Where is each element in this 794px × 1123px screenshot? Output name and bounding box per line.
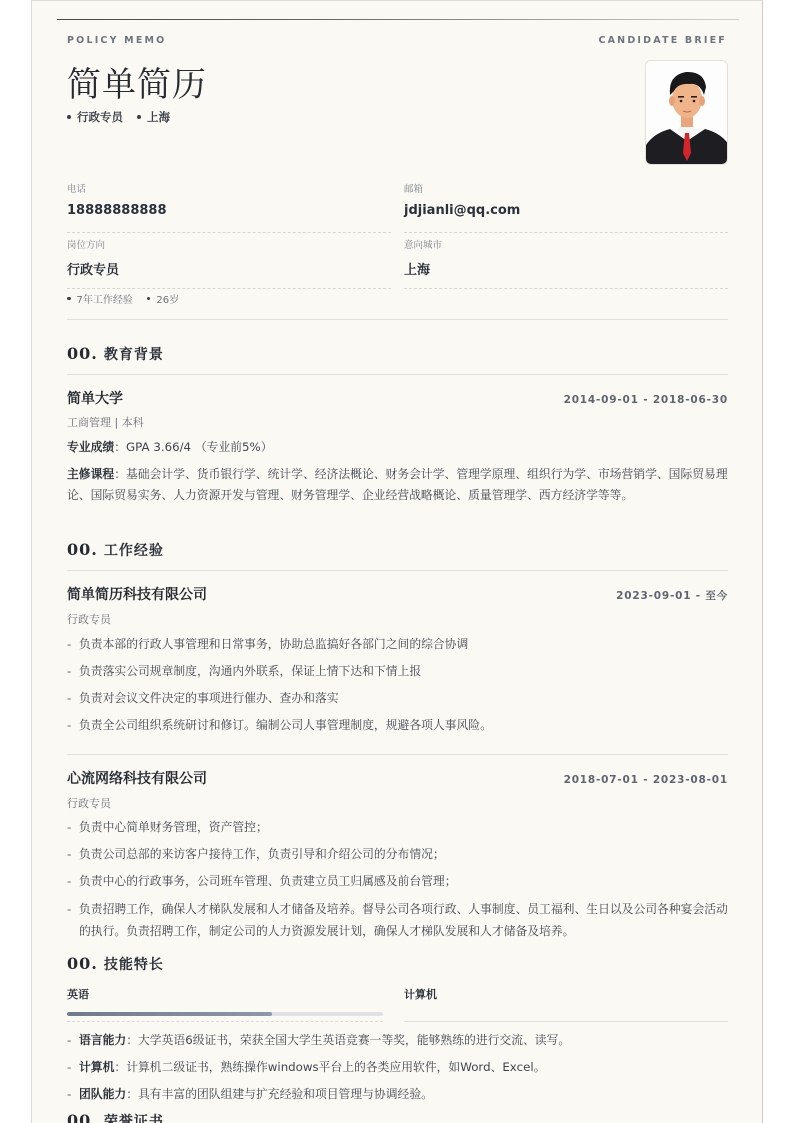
- city-field: 意向城市 上海: [404, 233, 728, 289]
- education-gpa: 专业成绩：GPA 3.66/4 （专业前5%）: [67, 437, 731, 457]
- list-item: 负责本部的行政人事管理和日常事务，协助总监搞好各部门之间的综合协调: [67, 634, 731, 654]
- skill-computer: 计算机: [404, 986, 728, 1022]
- top-rule: [57, 19, 739, 20]
- divider: [67, 319, 728, 320]
- list-item: 负责对会议文件决定的事项进行催办、查办和落实: [67, 688, 731, 708]
- divider: [404, 1021, 728, 1022]
- bullet-dot-icon: [137, 115, 141, 119]
- list-item: 语言能力：大学英语6级证书，荣获全国大学生英语竞赛一等奖，能够熟练的进行交流、读…: [67, 1030, 731, 1050]
- meta-experience: 7年工作经验: [67, 291, 133, 306]
- skills-grid: 英语 计算机: [67, 986, 728, 1022]
- kicker-right: CANDIDATE BRIEF: [598, 35, 727, 46]
- section-honors: 00. 荣誉证书: [67, 1111, 164, 1123]
- work-dates: 2018-07-01 - 2023-08-01: [564, 774, 728, 786]
- section-number: 00.: [67, 1111, 98, 1123]
- section-heading: 技能特长: [104, 954, 164, 974]
- skill-name: 英语: [67, 986, 383, 1002]
- work-role: 行政专员: [67, 795, 111, 811]
- work-duties: 负责中心简单财务管理，资产管控； 负责公司总部的来访客户接待工作，负责引导和介绍…: [67, 817, 731, 949]
- list-item: 计算机：计算机二级证书，熟练操作windows平台上的各类应用软件，如Word、…: [67, 1057, 731, 1077]
- section-education: 00. 教育背景: [67, 344, 164, 364]
- list-item: 负责全公司组织系统研讨和修订。编制公司人事管理制度，规避各项人事风险。: [67, 715, 731, 735]
- list-item: 负责中心的行政事务，公司班车管理、负责建立员工归属感及前台管理；: [67, 871, 731, 891]
- school-name: 简单大学: [67, 388, 123, 408]
- resume-page: POLICY MEMO CANDIDATE BRIEF 简单简历 行政专员 上海…: [31, 0, 763, 1123]
- phone-field: 电话 18888888888: [67, 177, 391, 233]
- work-role: 行政专员: [67, 611, 111, 627]
- bullet-dot-icon: [147, 297, 151, 301]
- tag-city: 上海: [137, 109, 170, 125]
- bullet-dot-icon: [67, 115, 71, 119]
- meta-list: 7年工作经验 26岁: [67, 291, 179, 306]
- divider: [67, 1021, 383, 1022]
- company-name: 心流网络科技有限公司: [67, 768, 207, 788]
- company-name: 简单简历科技有限公司: [67, 584, 207, 604]
- list-item: 负责落实公司规章制度，沟通内外联系，保证上情下达和下情上报: [67, 661, 731, 681]
- meta-age: 26岁: [147, 291, 179, 306]
- divider: [67, 374, 728, 375]
- position-label: 岗位方向: [67, 237, 391, 251]
- phone-label: 电话: [67, 181, 391, 195]
- education-major: 工商管理 | 本科: [67, 414, 144, 430]
- education-courses: 主修课程：基础会计学、货币银行学、统计学、经济法概论、财务会计学、管理学原理、组…: [67, 464, 731, 506]
- work-dates: 2023-09-01 - 至今: [616, 588, 728, 603]
- list-item: 团队能力：具有丰富的团队组建与扩充经验和项目管理与协调经验。: [67, 1084, 731, 1104]
- work-duties: 负责本部的行政人事管理和日常事务，协助总监搞好各部门之间的综合协调 负责落实公司…: [67, 634, 731, 742]
- email-field: 邮箱 jdjianli@qq.com: [404, 177, 728, 233]
- section-number: 00.: [67, 540, 98, 559]
- list-item: 负责公司总部的来访客户接待工作，负责引导和介绍公司的分布情况；: [67, 844, 731, 864]
- section-work: 00. 工作经验: [67, 540, 164, 560]
- skill-name: 计算机: [404, 986, 728, 1002]
- email-value: jdjianli@qq.com: [404, 203, 728, 218]
- section-number: 00.: [67, 954, 98, 973]
- phone-value: 18888888888: [67, 203, 391, 218]
- email-label: 邮箱: [404, 181, 728, 195]
- bullet-dot-icon: [67, 297, 71, 301]
- candidate-name: 简单简历: [67, 57, 207, 106]
- position-value: 行政专员: [67, 259, 391, 278]
- section-number: 00.: [67, 344, 98, 363]
- section-heading: 工作经验: [104, 540, 164, 560]
- divider: [67, 754, 728, 755]
- work-entry-header: 简单简历科技有限公司 2023-09-01 - 至今: [67, 584, 728, 604]
- skill-english: 英语: [67, 986, 383, 1022]
- divider: [67, 570, 728, 571]
- contact-grid: 电话 18888888888 邮箱 jdjianli@qq.com 岗位方向 行…: [67, 177, 728, 289]
- education-entry-header: 简单大学 2014-09-01 - 2018-06-30: [67, 388, 728, 408]
- kicker-left: POLICY MEMO: [67, 35, 166, 46]
- list-item: 负责中心简单财务管理，资产管控；: [67, 817, 731, 837]
- skill-details: 语言能力：大学英语6级证书，荣获全国大学生英语竞赛一等奖，能够熟练的进行交流、读…: [67, 1030, 731, 1111]
- position-field: 岗位方向 行政专员: [67, 233, 391, 289]
- avatar: [645, 60, 728, 165]
- city-value: 上海: [404, 259, 728, 278]
- tag-position: 行政专员: [67, 109, 123, 125]
- city-label: 意向城市: [404, 237, 728, 251]
- list-item: 负责招聘工作，确保人才梯队发展和人才储备及培养。督导公司各项行政、人事制度、员工…: [67, 898, 731, 942]
- avatar-portrait-icon: [646, 61, 728, 165]
- section-skills: 00. 技能特长: [67, 954, 164, 974]
- section-heading: 教育背景: [104, 344, 164, 364]
- header-tags: 行政专员 上海: [67, 109, 170, 125]
- section-heading: 荣誉证书: [104, 1111, 164, 1123]
- education-dates: 2014-09-01 - 2018-06-30: [564, 394, 728, 406]
- work-entry-header: 心流网络科技有限公司 2018-07-01 - 2023-08-01: [67, 768, 728, 788]
- skill-level-fill: [67, 1012, 272, 1016]
- skill-level-bar: [67, 1012, 383, 1016]
